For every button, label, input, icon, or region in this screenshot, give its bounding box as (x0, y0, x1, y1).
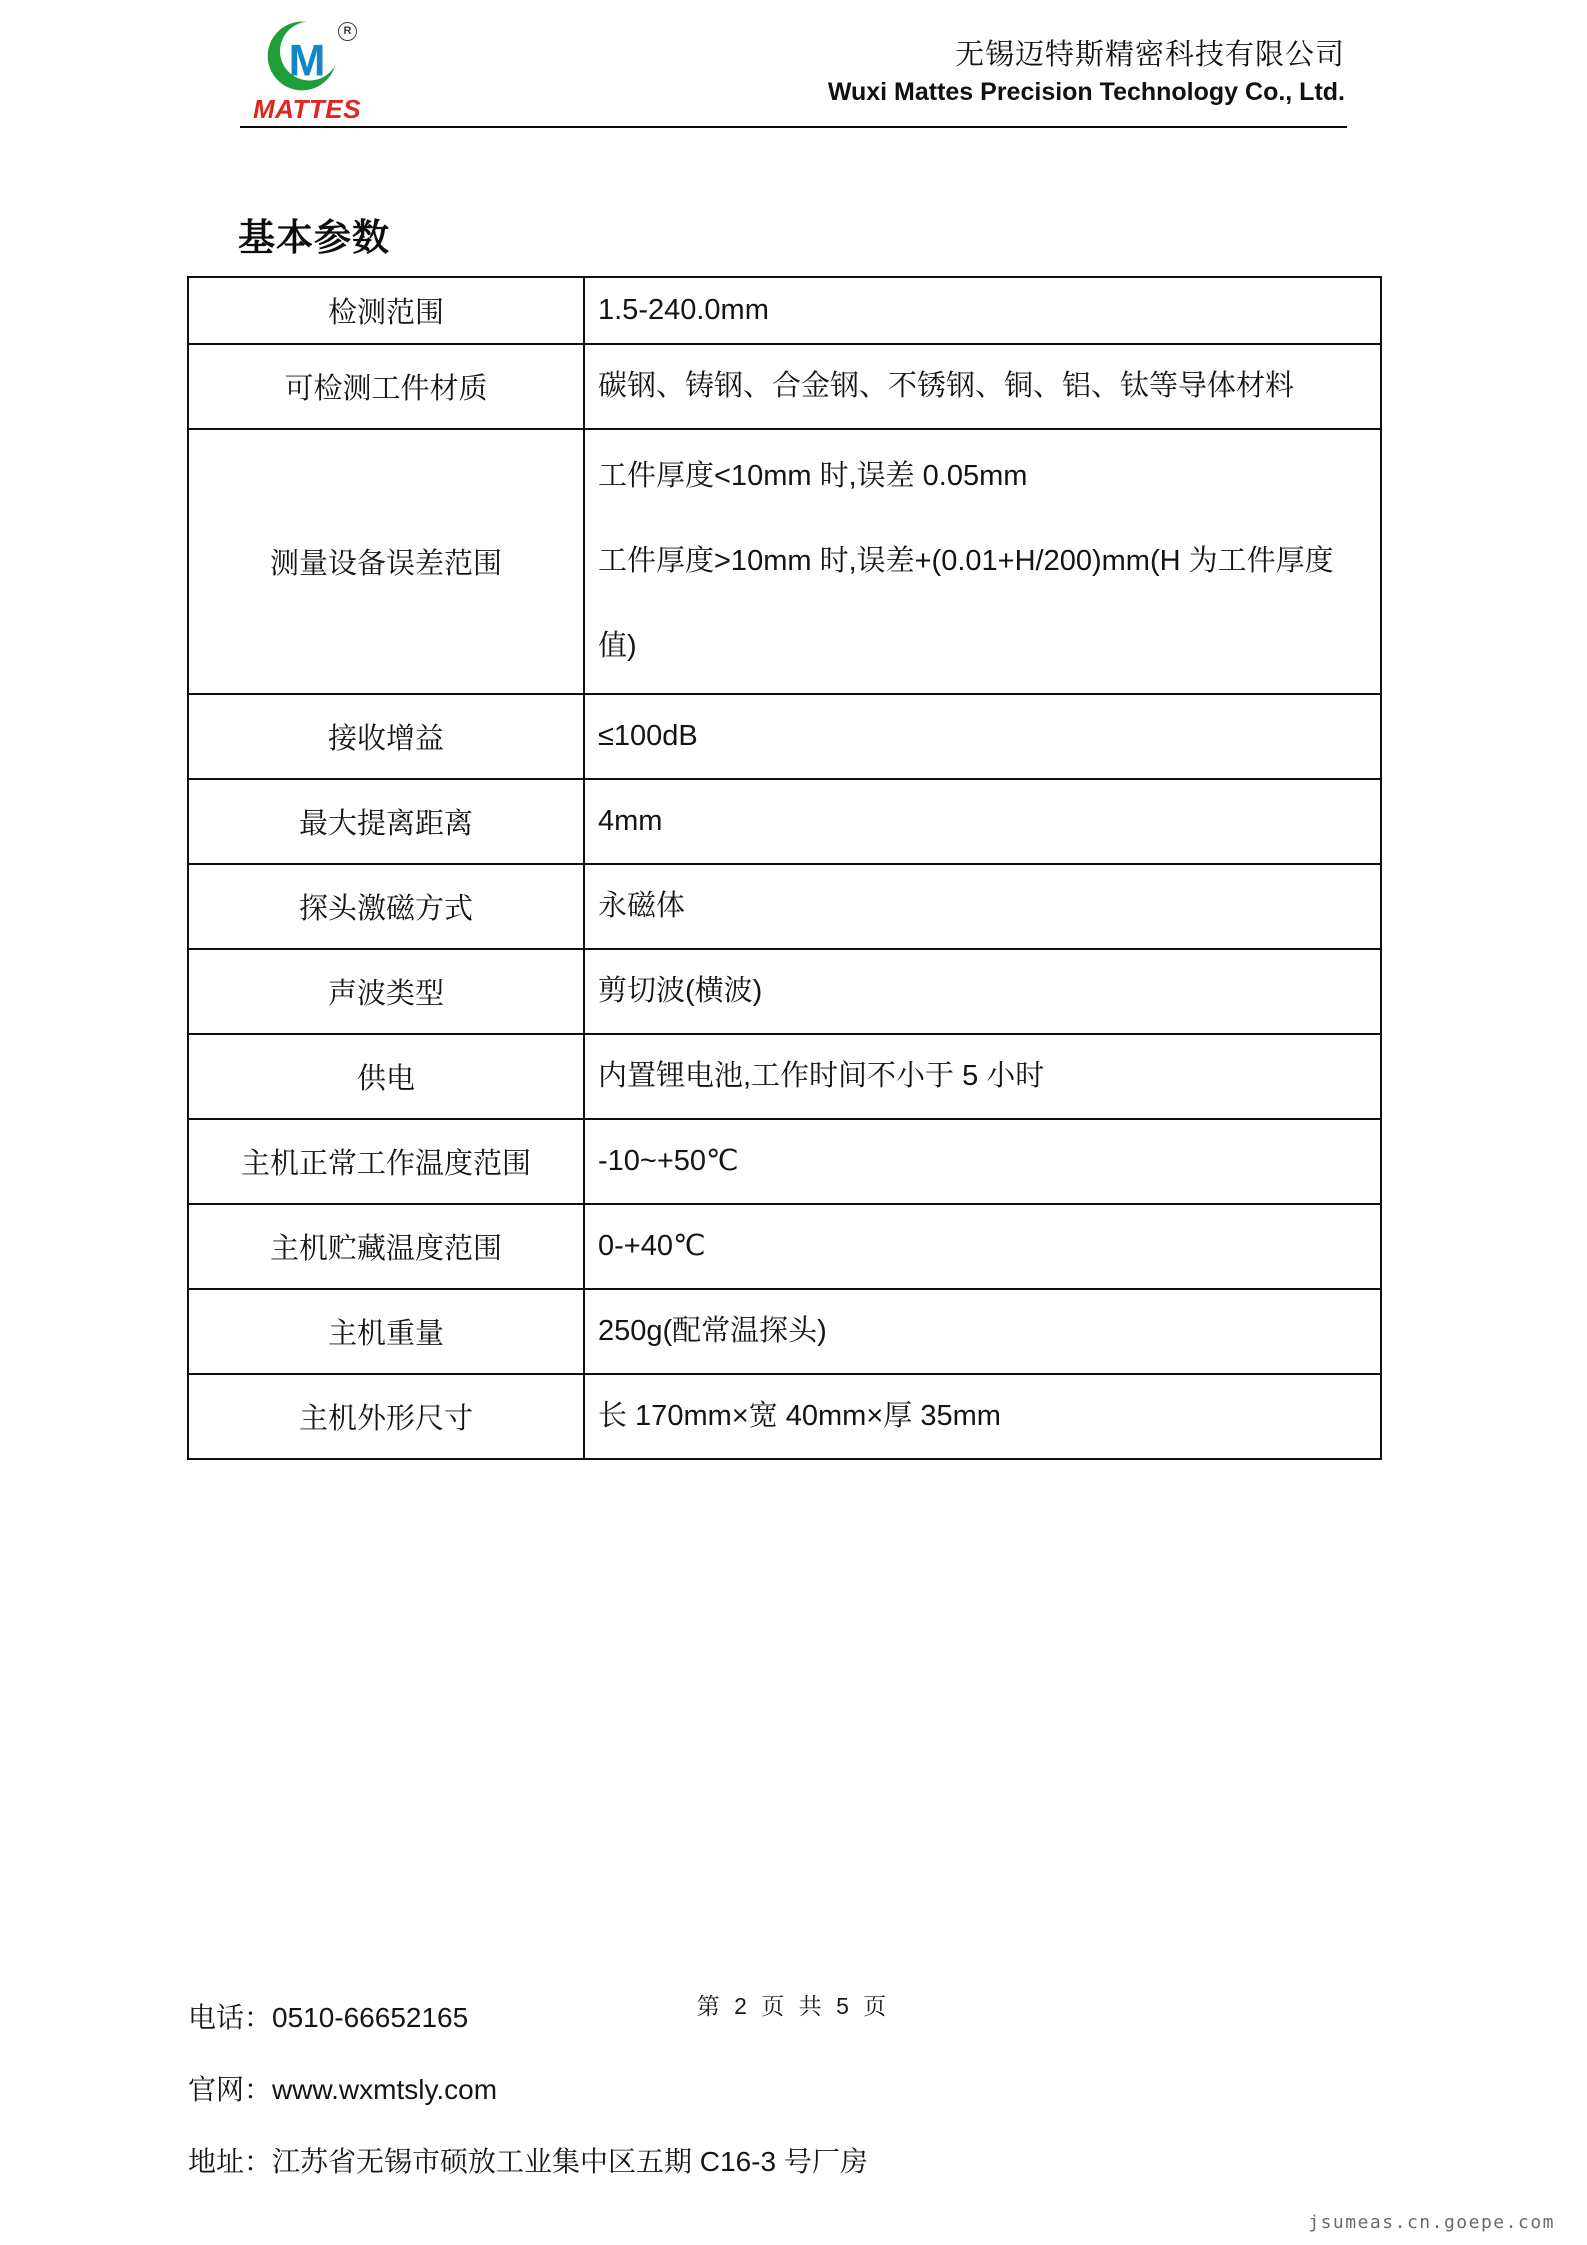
section-title: 基本参数 (238, 207, 390, 261)
spec-label: 主机正常工作温度范围 (189, 1120, 585, 1203)
spec-value: 0-+40℃ (585, 1205, 1380, 1288)
spec-value-line: -10~+50℃ (598, 1120, 1380, 1203)
spec-value: 长 170mm×宽 40mm×厚 35mm (585, 1375, 1380, 1458)
spec-value-line: 1.5-240.0mm (598, 278, 1380, 343)
spec-label: 最大提离距离 (189, 780, 585, 863)
phone-line: 电话：0510-66652165 (188, 1982, 868, 2054)
spec-value: 工件厚度<10mm 时,误差 0.05mm工件厚度>10mm 时,误差+(0.0… (585, 430, 1380, 693)
table-row: 主机正常工作温度范围-10~+50℃ (189, 1120, 1380, 1205)
spec-label: 测量设备误差范围 (189, 430, 585, 693)
spec-value-line: ≤100dB (598, 695, 1380, 778)
company-name-en: Wuxi Mattes Precision Technology Co., Lt… (828, 76, 1345, 109)
spec-label: 接收增益 (189, 695, 585, 778)
spec-value-line: 永磁体 (598, 865, 1380, 948)
spec-value: 1.5-240.0mm (585, 278, 1380, 343)
spec-label: 主机贮藏温度范围 (189, 1205, 585, 1288)
spec-label: 供电 (189, 1035, 585, 1118)
table-row: 主机贮藏温度范围0-+40℃ (189, 1205, 1380, 1290)
table-row: 声波类型剪切波(横波) (189, 950, 1380, 1035)
spec-label: 检测范围 (189, 278, 585, 343)
monogram-letter: M (289, 37, 326, 86)
spec-value: 碳钢、铸钢、合金钢、不锈钢、铜、铝、钛等导体材料 (585, 345, 1380, 428)
spec-value-line: 工件厚度<10mm 时,误差 0.05mm (598, 434, 1380, 519)
spec-value-line: 碳钢、铸钢、合金钢、不锈钢、铜、铝、钛等导体材料 (598, 345, 1380, 428)
spec-value-line: 长 170mm×宽 40mm×厚 35mm (598, 1375, 1380, 1458)
contact-block: 电话：0510-66652165 官网：www.wxmtsly.com 地址：江… (188, 1982, 868, 2198)
spec-value: 250g(配常温探头) (585, 1290, 1380, 1373)
table-row: 主机外形尺寸长 170mm×宽 40mm×厚 35mm (189, 1375, 1380, 1458)
table-row: 测量设备误差范围工件厚度<10mm 时,误差 0.05mm工件厚度>10mm 时… (189, 430, 1380, 695)
address-line: 地址：江苏省无锡市硕放工业集中区五期 C16-3 号厂房 (188, 2126, 868, 2198)
registered-trademark-icon: R (338, 22, 357, 41)
brand-name: MATTES (252, 94, 362, 125)
company-names: 无锡迈特斯精密科技有限公司 Wuxi Mattes Precision Tech… (828, 36, 1345, 109)
spec-table: 检测范围1.5-240.0mm可检测工件材质碳钢、铸钢、合金钢、不锈钢、铜、铝、… (187, 276, 1382, 1460)
spec-value: 永磁体 (585, 865, 1380, 948)
spec-value: 剪切波(横波) (585, 950, 1380, 1033)
spec-value: 4mm (585, 780, 1380, 863)
site-watermark: jsumeas.cn.goepe.com (1308, 2212, 1555, 2233)
spec-value-line: 0-+40℃ (598, 1205, 1380, 1288)
table-row: 最大提离距离4mm (189, 780, 1380, 865)
company-logo: M R MATTES (252, 20, 362, 125)
table-row: 探头激磁方式永磁体 (189, 865, 1380, 950)
header-divider (240, 126, 1347, 128)
spec-value: 内置锂电池,工作时间不小于 5 小时 (585, 1035, 1380, 1118)
spec-value-line: 250g(配常温探头) (598, 1290, 1380, 1373)
table-row: 可检测工件材质碳钢、铸钢、合金钢、不锈钢、铜、铝、钛等导体材料 (189, 345, 1380, 430)
website-line: 官网：www.wxmtsly.com (188, 2054, 868, 2126)
spec-label: 声波类型 (189, 950, 585, 1033)
spec-label: 可检测工件材质 (189, 345, 585, 428)
table-row: 主机重量250g(配常温探头) (189, 1290, 1380, 1375)
spec-value-line: 剪切波(横波) (598, 950, 1380, 1033)
spec-value-line: 工件厚度>10mm 时,误差+(0.01+H/200)mm(H 为工件厚度 (598, 519, 1380, 604)
company-name-cn: 无锡迈特斯精密科技有限公司 (828, 36, 1345, 74)
document-page: M R MATTES 无锡迈特斯精密科技有限公司 Wuxi Mattes Pre… (0, 0, 1587, 2245)
spec-value: -10~+50℃ (585, 1120, 1380, 1203)
spec-value-line: 内置锂电池,工作时间不小于 5 小时 (598, 1035, 1380, 1118)
spec-label: 主机重量 (189, 1290, 585, 1373)
spec-value-line: 值) (598, 604, 1380, 689)
spec-value-line: 4mm (598, 780, 1380, 863)
table-row: 供电内置锂电池,工作时间不小于 5 小时 (189, 1035, 1380, 1120)
table-row: 检测范围1.5-240.0mm (189, 278, 1380, 345)
spec-label: 主机外形尺寸 (189, 1375, 585, 1458)
mattes-monogram-icon: M R (265, 20, 349, 92)
spec-value: ≤100dB (585, 695, 1380, 778)
table-row: 接收增益≤100dB (189, 695, 1380, 780)
spec-label: 探头激磁方式 (189, 865, 585, 948)
